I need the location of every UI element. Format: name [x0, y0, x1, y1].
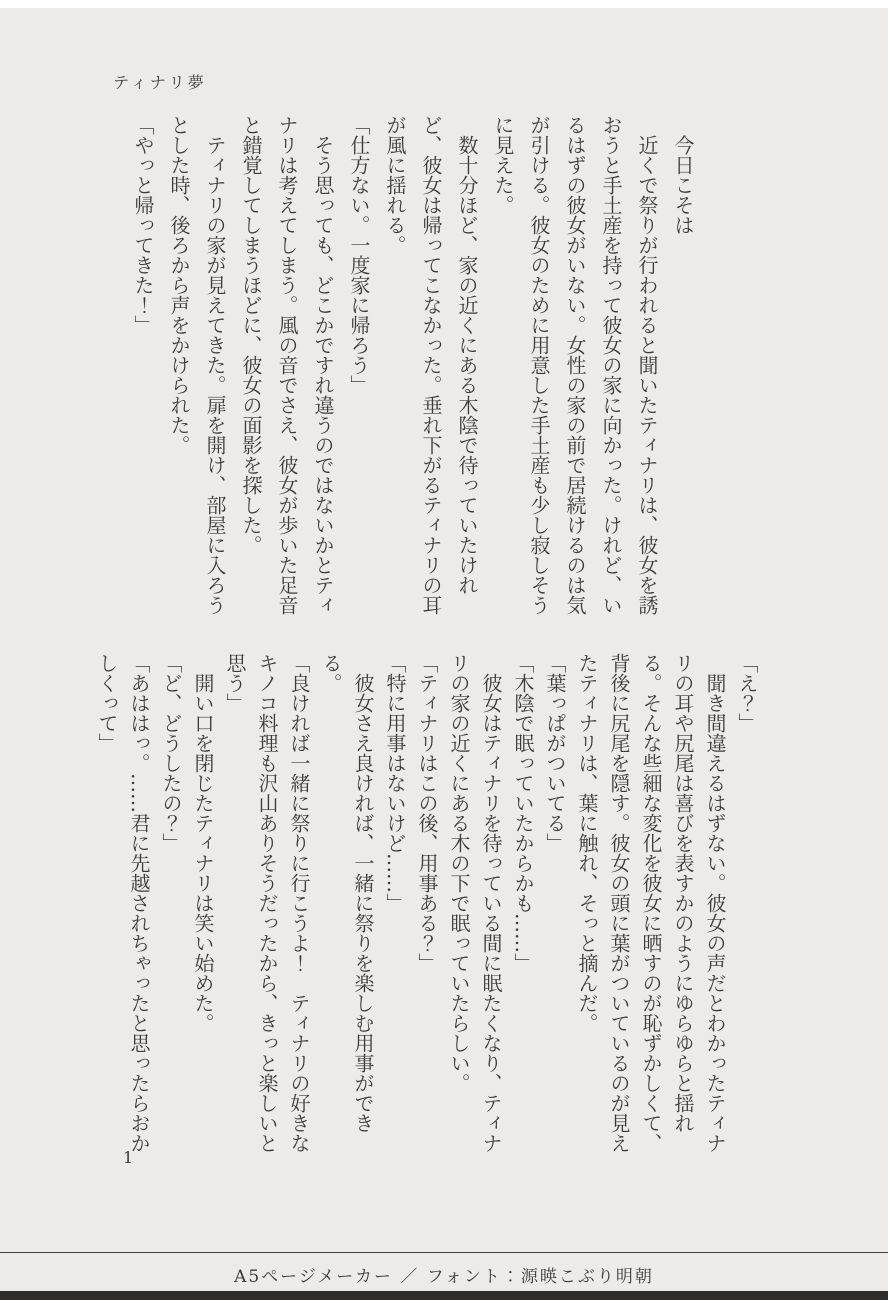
paragraph: そう思っても、どこかですれ違うのではないかとティナリは考えてしまう。風の音でさえ…	[233, 115, 341, 617]
page-number: 1	[123, 1148, 133, 1167]
paragraph: 近くで祭りが行われると聞いたティナリは、彼女を誘おうと手土産を持って彼女の家に向…	[485, 115, 665, 617]
running-title: ティナリ夢	[113, 70, 207, 93]
paragraph: 今日こそは	[665, 115, 701, 617]
footer-credit: A5ページメーカー ／ フォント：源暎こぶり明朝	[0, 1262, 888, 1287]
paragraph: 彼女さえ良ければ、一緒に祭りを楽しむ用事ができる。	[315, 653, 379, 1155]
story-text-band-lower: 「え？」 聞き間違えるはずない。彼女の声だとわかったティナリの耳や尻尾は喜びを表…	[91, 653, 763, 1155]
paragraph: 「ティナリはこの後、用事ある？」	[411, 653, 443, 1155]
paragraph: 聞き間違えるはずない。彼女の声だとわかったティナリの耳や尻尾は喜びを表すかのよう…	[571, 653, 731, 1155]
story-text-band-upper: 今日こそは 近くで祭りが行われると聞いたティナリは、彼女を誘おうと手土産を持って…	[125, 115, 701, 617]
paragraph: ティナリの家が見えてきた。扉を開け、部屋に入ろうとした時、後ろから声をかけられた…	[161, 115, 233, 617]
paragraph: 「やっと帰ってきた！」	[125, 115, 161, 617]
paragraph: 「え？」	[731, 653, 763, 1155]
paragraph: 「仕方ない。一度家に帰ろう」	[341, 115, 377, 617]
top-edge-strip	[0, 0, 888, 8]
paragraph: 数十分ほど、家の近くにある木陰で待っていたけれど、彼女は帰ってこなかった。垂れ下…	[377, 115, 485, 617]
footer-divider	[0, 1252, 888, 1253]
paragraph: 「あははっ。……君に先越されちゃったと思ったらおかしくって」	[91, 653, 155, 1155]
paragraph: 「良ければ一緒に祭りに行こうよ！ ティナリの好きなキノコ料理も沢山ありそうだった…	[219, 653, 315, 1155]
paragraph: 「特に用事はないけど……」	[379, 653, 411, 1155]
paragraph: 「木陰で眠っていたからかも……」	[507, 653, 539, 1155]
paragraph: 「ど、どうしたの？」	[155, 653, 187, 1155]
bottom-edge-bar	[0, 1291, 888, 1300]
document-page: ティナリ夢 今日こそは 近くで祭りが行われると聞いたティナリは、彼女を誘おうと手…	[0, 0, 888, 1300]
paragraph: 開い口を閉じたティナリは笑い始めた。	[187, 653, 219, 1155]
paragraph: 「葉っぱがついてる」	[539, 653, 571, 1155]
paragraph: 彼女はティナリを待っている間に眠たくなり、ティナリの家の近くにある木の下で眠って…	[443, 653, 507, 1155]
